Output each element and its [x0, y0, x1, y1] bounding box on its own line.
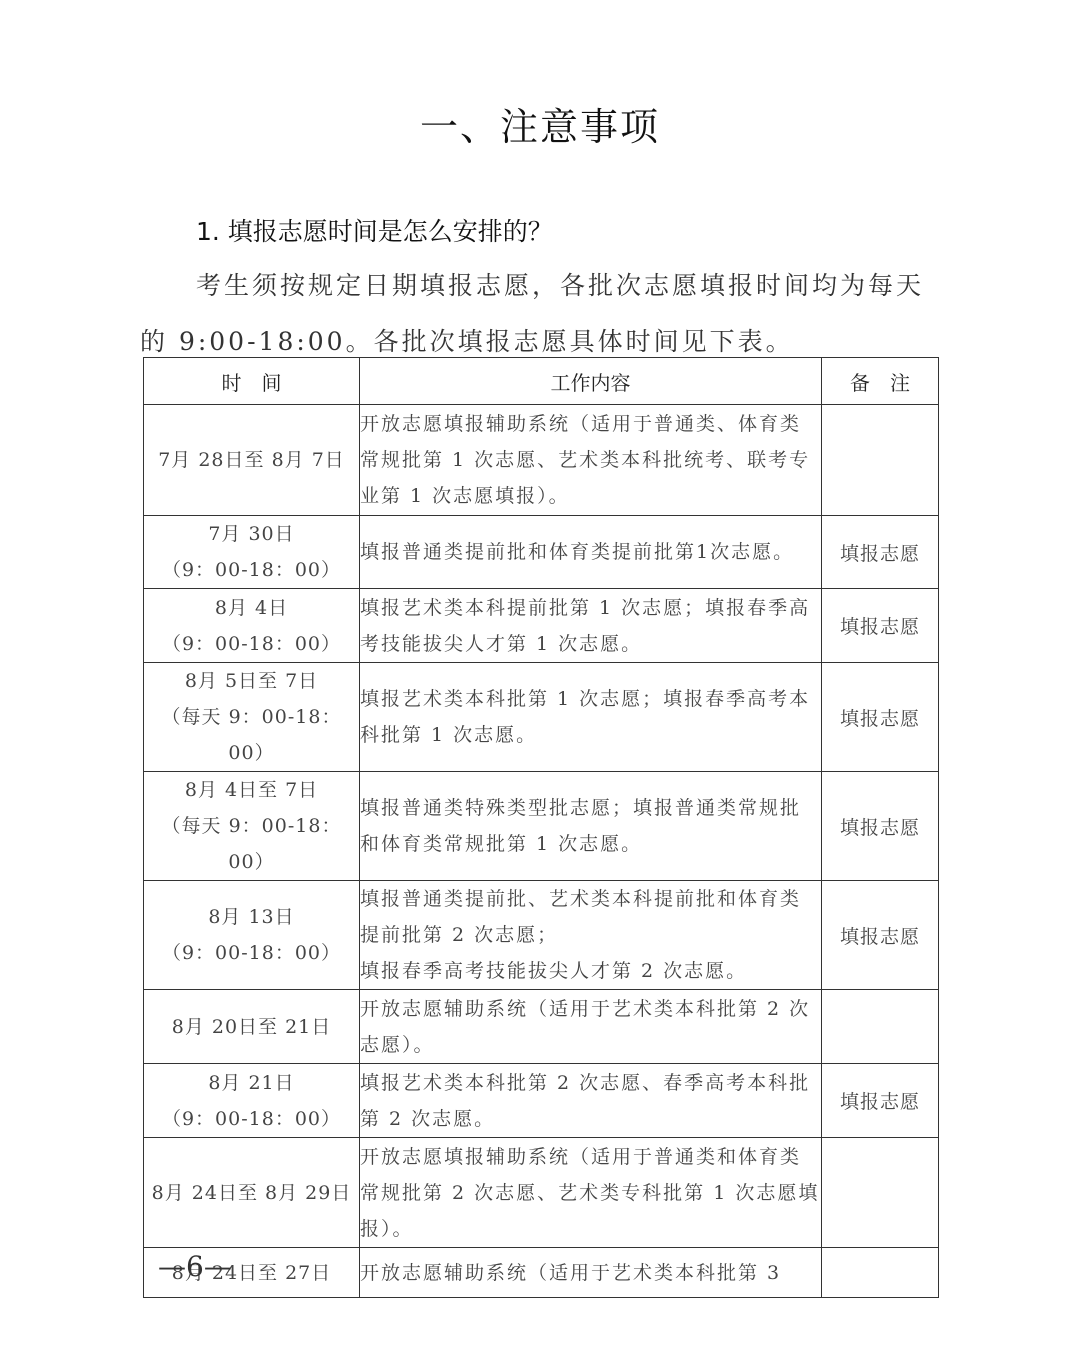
- table-row: 8月 5日至 7日（每天 9：00-18：00） 填报艺术类本科批第 1 次志愿…: [144, 663, 939, 772]
- note-cell: [822, 1248, 939, 1298]
- question-heading: 1. 填报志愿时间是怎么安排的？: [196, 212, 553, 248]
- table-header-row: 时 间 工作内容 备 注: [144, 358, 939, 405]
- time-cell: 8月 21日（9：00-18：00）: [144, 1064, 360, 1138]
- time-line: 8月 13日: [144, 899, 359, 935]
- page-number: —6—: [158, 1250, 232, 1283]
- table-row: 8月 24日至 8月 29日 开放志愿填报辅助系统（适用于普通类和体育类常规批第…: [144, 1138, 939, 1248]
- note-cell: 填报志愿: [822, 663, 939, 772]
- time-range: （每天 9：00-18：00）: [144, 808, 359, 880]
- schedule-table: 时 间 工作内容 备 注 7月 28日至 8月 7日 开放志愿填报辅助系统（适用…: [143, 357, 939, 1298]
- time-line: 8月 20日至 21日: [144, 1009, 359, 1045]
- content-cell: 开放志愿填报辅助系统（适用于普通类和体育类常规批第 2 次志愿、艺术类专科批第 …: [360, 1138, 822, 1248]
- header-content: 工作内容: [360, 358, 822, 405]
- header-time: 时 间: [144, 358, 360, 405]
- time-cell: 8月 20日至 21日: [144, 990, 360, 1064]
- time-range: （每天 9：00-18：00）: [144, 699, 359, 771]
- time-range: （9：00-18：00）: [144, 552, 359, 588]
- time-range: （9：00-18：00）: [144, 626, 359, 662]
- note-cell: [822, 405, 939, 516]
- table-row: 8月 21日（9：00-18：00） 填报艺术类本科批第 2 次志愿、春季高考本…: [144, 1064, 939, 1138]
- note-cell: 填报志愿: [822, 516, 939, 589]
- content-cell: 填报艺术类本科批第 1 次志愿；填报春季高考本科批第 1 次志愿。: [360, 663, 822, 772]
- content-text-extra: 填报春季高考技能拔尖人才第 2 次志愿。: [360, 953, 821, 989]
- note-cell: 填报志愿: [822, 589, 939, 663]
- table-row: 8月 13日（9：00-18：00） 填报普通类提前批、艺术类本科提前批和体育类…: [144, 881, 939, 990]
- time-cell: 8月 4日（9：00-18：00）: [144, 589, 360, 663]
- time-line: 7月 28日至 8月 7日: [144, 442, 359, 478]
- time-cell: 8月 4日至 7日（每天 9：00-18：00）: [144, 772, 360, 881]
- section-title: 一、注意事项: [0, 96, 1080, 151]
- header-note: 备 注: [822, 358, 939, 405]
- content-cell: 填报普通类特殊类型批志愿；填报普通类常规批和体育类常规批第 1 次志愿。: [360, 772, 822, 881]
- content-cell: 开放志愿填报辅助系统（适用于普通类、体育类常规批第 1 次志愿、艺术类本科批统考…: [360, 405, 822, 516]
- table-row: 8月 4日（9：00-18：00） 填报艺术类本科提前批第 1 次志愿；填报春季…: [144, 589, 939, 663]
- time-line: 8月 4日至 7日: [144, 772, 359, 808]
- content-cell: 填报艺术类本科提前批第 1 次志愿；填报春季高考技能拔尖人才第 1 次志愿。: [360, 589, 822, 663]
- content-cell: 填报艺术类本科批第 2 次志愿、春季高考本科批第 2 次志愿。: [360, 1064, 822, 1138]
- table-row: 8月 4日至 7日（每天 9：00-18：00） 填报普通类特殊类型批志愿；填报…: [144, 772, 939, 881]
- content-text: 填报普通类提前批、艺术类本科提前批和体育类提前批第 2 次志愿；: [360, 881, 821, 953]
- content-cell: 填报普通类提前批、艺术类本科提前批和体育类提前批第 2 次志愿；填报春季高考技能…: [360, 881, 822, 990]
- content-cell: 填报普通类提前批和体育类提前批第1次志愿。: [360, 516, 822, 589]
- note-cell: [822, 990, 939, 1064]
- time-cell: 8月 24日至 8月 29日: [144, 1138, 360, 1248]
- content-cell: 开放志愿辅助系统（适用于艺术类本科批第 2 次志愿）。: [360, 990, 822, 1064]
- time-range: （9：00-18：00）: [144, 1101, 359, 1137]
- time-line: 8月 4日: [144, 590, 359, 626]
- content-cell: 开放志愿辅助系统（适用于艺术类本科批第 3: [360, 1248, 822, 1298]
- paragraph-line-2: 的 9:00-18:00。各批次填报志愿具体时间见下表。: [140, 322, 940, 358]
- time-cell: 7月 28日至 8月 7日: [144, 405, 360, 516]
- note-cell: 填报志愿: [822, 1064, 939, 1138]
- time-line: 8月 5日至 7日: [144, 663, 359, 699]
- time-cell: 8月 5日至 7日（每天 9：00-18：00）: [144, 663, 360, 772]
- table-row: 8月 20日至 21日 开放志愿辅助系统（适用于艺术类本科批第 2 次志愿）。: [144, 990, 939, 1064]
- table-row: 7月 30日（9：00-18：00） 填报普通类提前批和体育类提前批第1次志愿。…: [144, 516, 939, 589]
- table-row: 8月 24日至 27日 开放志愿辅助系统（适用于艺术类本科批第 3: [144, 1248, 939, 1298]
- time-cell: 7月 30日（9：00-18：00）: [144, 516, 360, 589]
- paragraph-line-1: 考生须按规定日期填报志愿，各批次志愿填报时间均为每天: [196, 266, 941, 302]
- time-range: （9：00-18：00）: [144, 935, 359, 971]
- time-cell: 8月 13日（9：00-18：00）: [144, 881, 360, 990]
- note-cell: 填报志愿: [822, 772, 939, 881]
- table-row: 7月 28日至 8月 7日 开放志愿填报辅助系统（适用于普通类、体育类常规批第 …: [144, 405, 939, 516]
- note-cell: 填报志愿: [822, 881, 939, 990]
- note-cell: [822, 1138, 939, 1248]
- time-line: 8月 21日: [144, 1065, 359, 1101]
- time-line: 7月 30日: [144, 516, 359, 552]
- time-line: 8月 24日至 8月 29日: [144, 1175, 359, 1211]
